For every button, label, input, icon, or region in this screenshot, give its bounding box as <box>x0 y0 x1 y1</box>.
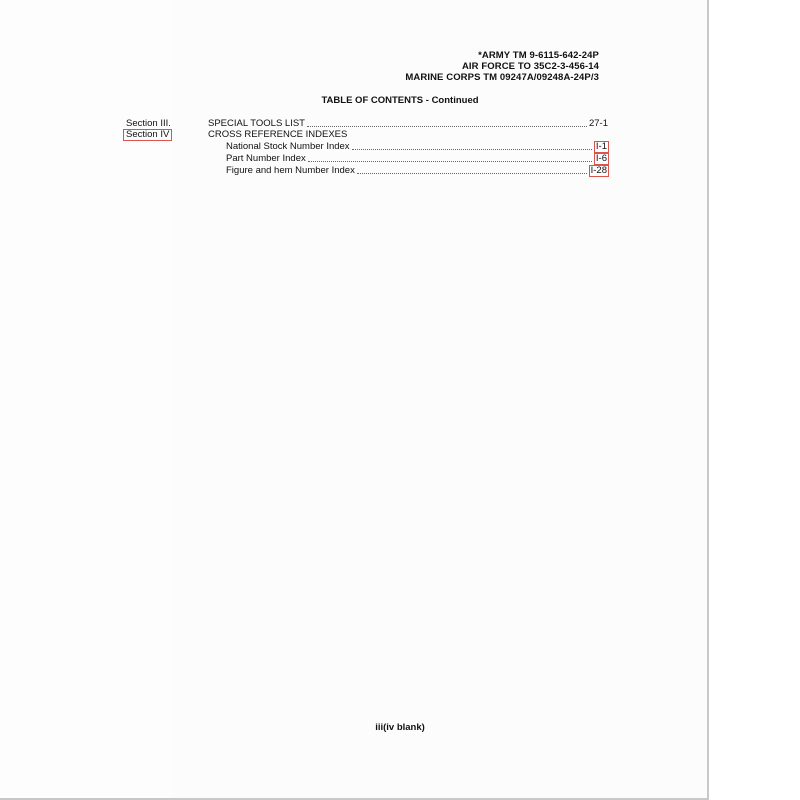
dot-leader <box>352 141 592 150</box>
toc-entry-figure-item-index[interactable]: Figure and hem Number Index I-28 <box>226 165 609 177</box>
dot-leader <box>307 118 587 127</box>
toc-row-figure-item-index: Figure and hem Number Index I-28 <box>0 165 800 177</box>
header-air-force-to: AIR FORCE TO 35C2-3-456-14 <box>405 61 599 72</box>
page-title: TABLE OF CONTENTS - Continued <box>0 95 800 106</box>
header-army-tm: *ARMY TM 9-6115-642-24P <box>405 50 599 61</box>
page-number-highlighted: I-1 <box>594 141 609 153</box>
page-number-highlighted: I-28 <box>589 165 609 177</box>
toc-entry-part-number-index[interactable]: Part Number Index I-6 <box>226 153 609 165</box>
toc-entry-cross-reference: CROSS REFERENCE INDEXES <box>208 129 347 141</box>
dot-leader <box>308 153 592 162</box>
entry-label: National Stock Number Index <box>226 141 350 153</box>
header-marine-corps-tm: MARINE CORPS TM 09247A/09248A-24P/3 <box>405 72 599 83</box>
document-header: *ARMY TM 9-6115-642-24P AIR FORCE TO 35C… <box>405 50 599 83</box>
dot-leader <box>357 165 587 174</box>
toc-row-nsn-index: National Stock Number Index I-1 <box>0 141 800 153</box>
entry-label: CROSS REFERENCE INDEXES <box>208 129 347 141</box>
toc-entry-nsn-index[interactable]: National Stock Number Index I-1 <box>226 141 609 153</box>
page-number-highlighted: I-6 <box>594 153 609 165</box>
entry-label: Figure and hem Number Index <box>226 165 355 177</box>
document-page: *ARMY TM 9-6115-642-24P AIR FORCE TO 35C… <box>0 0 709 800</box>
page-footer: iii(iv blank) <box>0 722 800 733</box>
entry-label: Part Number Index <box>226 153 306 165</box>
toc-row-part-number-index: Part Number Index I-6 <box>0 153 800 165</box>
toc-row-section-iv: Section IV CROSS REFERENCE INDEXES <box>0 129 800 141</box>
section-number-highlighted: Section IV <box>123 129 172 141</box>
